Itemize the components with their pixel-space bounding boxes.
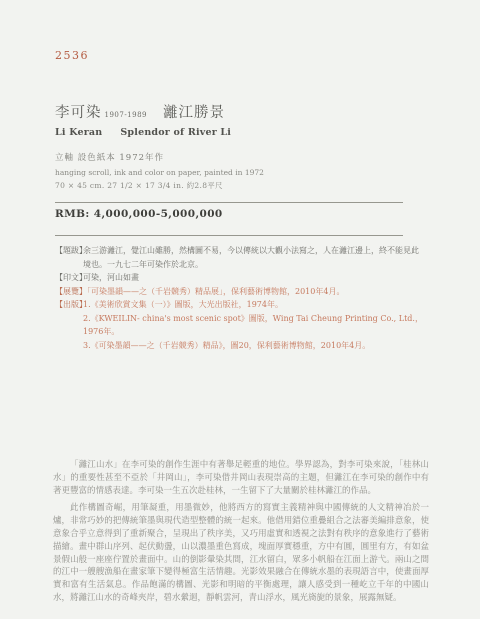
dimensions-line: 70 × 45 cm. 27 1/2 × 17 3/4 in. 約2.8平尺 <box>55 180 425 191</box>
inscription-label: 【題跋】 <box>55 244 87 258</box>
lot-number: 2536 <box>55 49 425 62</box>
publication-entry: 【出版】 1.《美術欣賞文集（一）》圖版，大光出版社，1974年。 2.《KWE… <box>55 298 425 352</box>
essay-paragraph: 「灕江山水」在李可染的創作生涯中有著舉足輕重的地位。學界認為，對李可染來說，「桂… <box>53 459 429 497</box>
seal-label: 【印文】 <box>55 271 87 285</box>
artist-name-cn: 李可染 <box>55 105 102 121</box>
inscription-text: 余三游灕江，覺江山雖勝，然構圖不易，今以傳統以大觀小法寫之，人在灕江邊上，終不能… <box>83 246 419 269</box>
catalog-references: 【題跋】 余三游灕江，覺江山雖勝，然構圖不易，今以傳統以大觀小法寫之，人在灕江邊… <box>55 244 425 352</box>
publication-items: 1.《美術欣賞文集（一）》圖版，大光出版社，1974年。 2.《KWEILIN-… <box>83 298 425 352</box>
estimate-label: RMB: <box>55 208 90 220</box>
artist-name-en: Li Keran <box>55 127 102 138</box>
publication-item: 2.《KWEILIN- china's most scenic spot》圖版，… <box>83 312 425 339</box>
exhibition-text: 「可染墨韻——之（千岩競秀）精品展」，保利藝術博物館，2010年4月。 <box>83 287 344 296</box>
seal-text: 可染，河山如畫 <box>83 273 139 282</box>
inscription-entry: 【題跋】 余三游灕江，覺江山雖勝，然構圖不易，今以傳統以大觀小法寫之，人在灕江邊… <box>55 244 425 271</box>
divider-bottom <box>55 235 403 236</box>
medium-line-en: hanging scroll, ink and color on paper, … <box>55 168 425 177</box>
publication-label: 【出版】 <box>55 298 87 312</box>
seal-entry: 【印文】 可染，河山如畫 <box>55 271 425 285</box>
lot-title-english: Li KeranSplendor of River Li <box>55 127 425 138</box>
publication-item: 3.《可染墨韻——之（千岩競秀）精品》，圖20，保利藝術博物館，2010年4月。 <box>83 339 425 353</box>
estimate-line: RMB: 4,000,000-5,000,000 <box>55 203 425 224</box>
publication-item: 1.《美術欣賞文集（一）》圖版，大光出版社，1974年。 <box>83 298 425 312</box>
catalog-page: 2536 李可染1907-1989灕江勝景 Li KeranSplendor o… <box>0 0 480 619</box>
artwork-title-cn: 灕江勝景 <box>163 105 225 121</box>
essay-paragraph: 此作構圖奇崛，用筆凝重，用墨微妙，他將西方的寫實主義精神與中國傳統的人文精神冶於… <box>53 502 429 604</box>
lot-title-row: 李可染1907-1989灕江勝景 <box>55 101 425 122</box>
essay-block: 「灕江山水」在李可染的創作生涯中有著舉足輕重的地位。學界認為，對李可染來說，「桂… <box>53 459 429 610</box>
format-line: 立軸 設色紙本 1972年作 <box>55 151 425 163</box>
exhibition-entry: 【展覽】 「可染墨韻——之（千岩競秀）精品展」，保利藝術博物館，2010年4月。 <box>55 285 425 299</box>
artist-years: 1907-1989 <box>105 111 148 119</box>
estimate-range: 4,000,000-5,000,000 <box>94 208 223 220</box>
lot-content: 2536 李可染1907-1989灕江勝景 Li KeranSplendor o… <box>55 49 425 352</box>
artwork-title-en: Splendor of River Li <box>120 127 231 138</box>
exhibition-label: 【展覽】 <box>55 285 87 299</box>
